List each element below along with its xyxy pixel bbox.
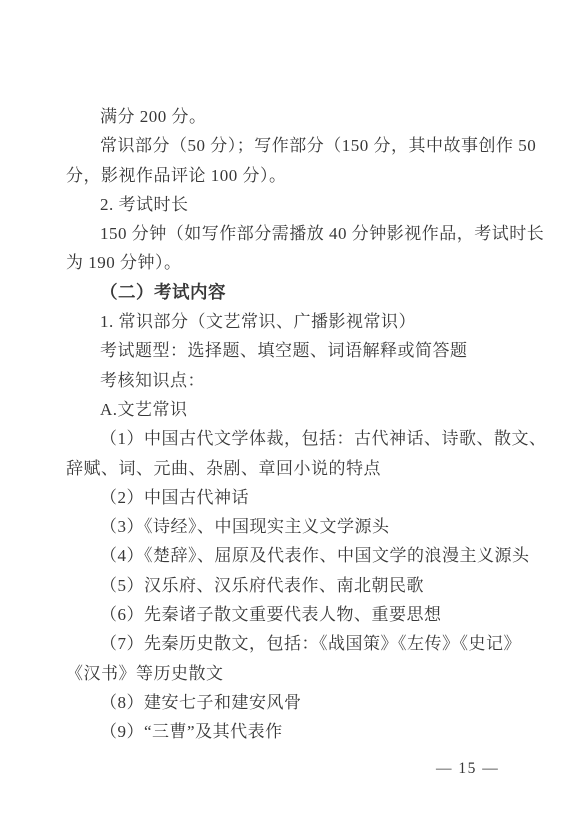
line-knowledge-points: 考核知识点： [66,366,546,395]
list-item-8: （8）建安七子和建安风骨 [66,688,546,717]
paragraph-duration-cont: 为 190 分钟）。 [66,248,546,277]
list-item-1-cont: 辞赋、词、元曲、杂剧、章回小说的特点 [66,454,546,483]
list-item-7-cont: 《汉书》等历史散文 [66,659,546,688]
line-question-types: 考试题型：选择题、填空题、词语解释或简答题 [66,336,546,365]
document-body: 满分 200 分。 常识部分（50 分）；写作部分（150 分，其中故事创作 5… [66,102,546,747]
list-item-7: （7）先秦历史散文，包括：《战国策》《左传》《史记》 [66,629,546,658]
paragraph-section-scores-cont: 分，影视作品评论 100 分）。 [66,161,546,190]
item-exam-duration: 2. 考试时长 [66,190,546,219]
paragraph-total-score: 满分 200 分。 [66,102,546,131]
item-common-knowledge: 1. 常识部分（文艺常识、广播影视常识） [66,307,546,336]
list-item-3: （3）《诗经》、中国现实主义文学源头 [66,512,546,541]
section-heading-exam-content: （二）考试内容 [66,278,546,307]
list-item-5: （5）汉乐府、汉乐府代表作、南北朝民歌 [66,571,546,600]
page-number: — 15 — [436,760,499,778]
document-page: 满分 200 分。 常识部分（50 分）；写作部分（150 分，其中故事创作 5… [0,0,581,831]
list-item-1: （1）中国古代文学体裁，包括：古代神话、诗歌、散文、 [66,424,546,453]
line-category-a: A.文艺常识 [66,395,546,424]
list-item-9: （9）“三曹”及其代表作 [66,717,546,746]
list-item-4: （4）《楚辞》、屈原及代表作、中国文学的浪漫主义源头 [66,541,546,570]
list-item-2: （2）中国古代神话 [66,483,546,512]
list-item-6: （6）先秦诸子散文重要代表人物、重要思想 [66,600,546,629]
paragraph-duration: 150 分钟（如写作部分需播放 40 分钟影视作品，考试时长 [66,219,546,248]
paragraph-section-scores: 常识部分（50 分）；写作部分（150 分，其中故事创作 50 [66,131,546,160]
